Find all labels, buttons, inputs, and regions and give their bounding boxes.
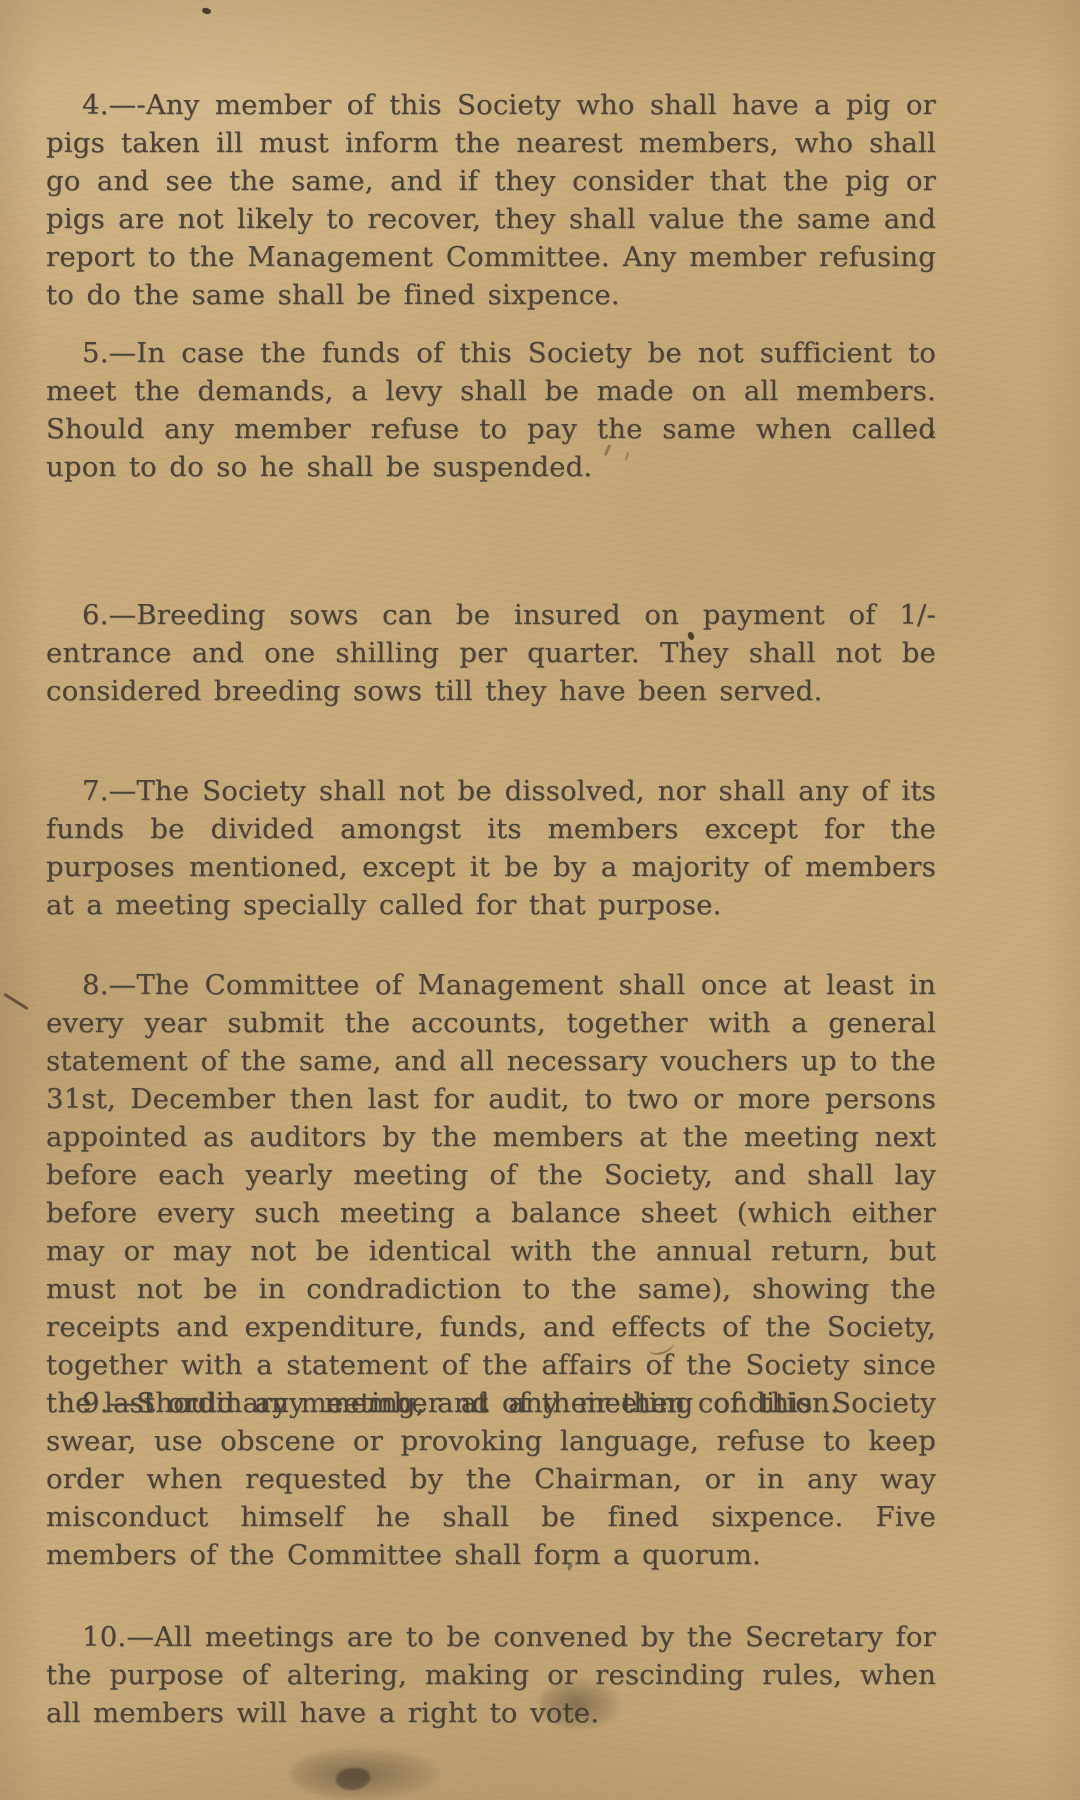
scanned-document-page: 4.—-Any member of this Society who shall… (0, 0, 1080, 1800)
rule-4-paragraph: 4.—-Any member of this Society who shall… (46, 86, 936, 314)
ink-blot (336, 1768, 370, 1790)
pen-stroke-mark (3, 993, 28, 1010)
rule-5-paragraph: 5.—In case the funds of this Society be … (46, 334, 936, 486)
paper-speck (201, 7, 212, 16)
rule-9-paragraph: 9.—Should any member at any meeting of t… (46, 1384, 936, 1574)
rule-8-paragraph: 8.—The Committee of Management shall onc… (46, 966, 936, 1422)
rule-6-paragraph: 6.—Breeding sows can be insured on payme… (46, 596, 936, 710)
ink-smudge (290, 1748, 440, 1800)
rule-7-paragraph: 7.—The Society shall not be dissolved, n… (46, 772, 936, 924)
rule-10-paragraph: 10.—All meetings are to be convened by t… (46, 1618, 936, 1732)
